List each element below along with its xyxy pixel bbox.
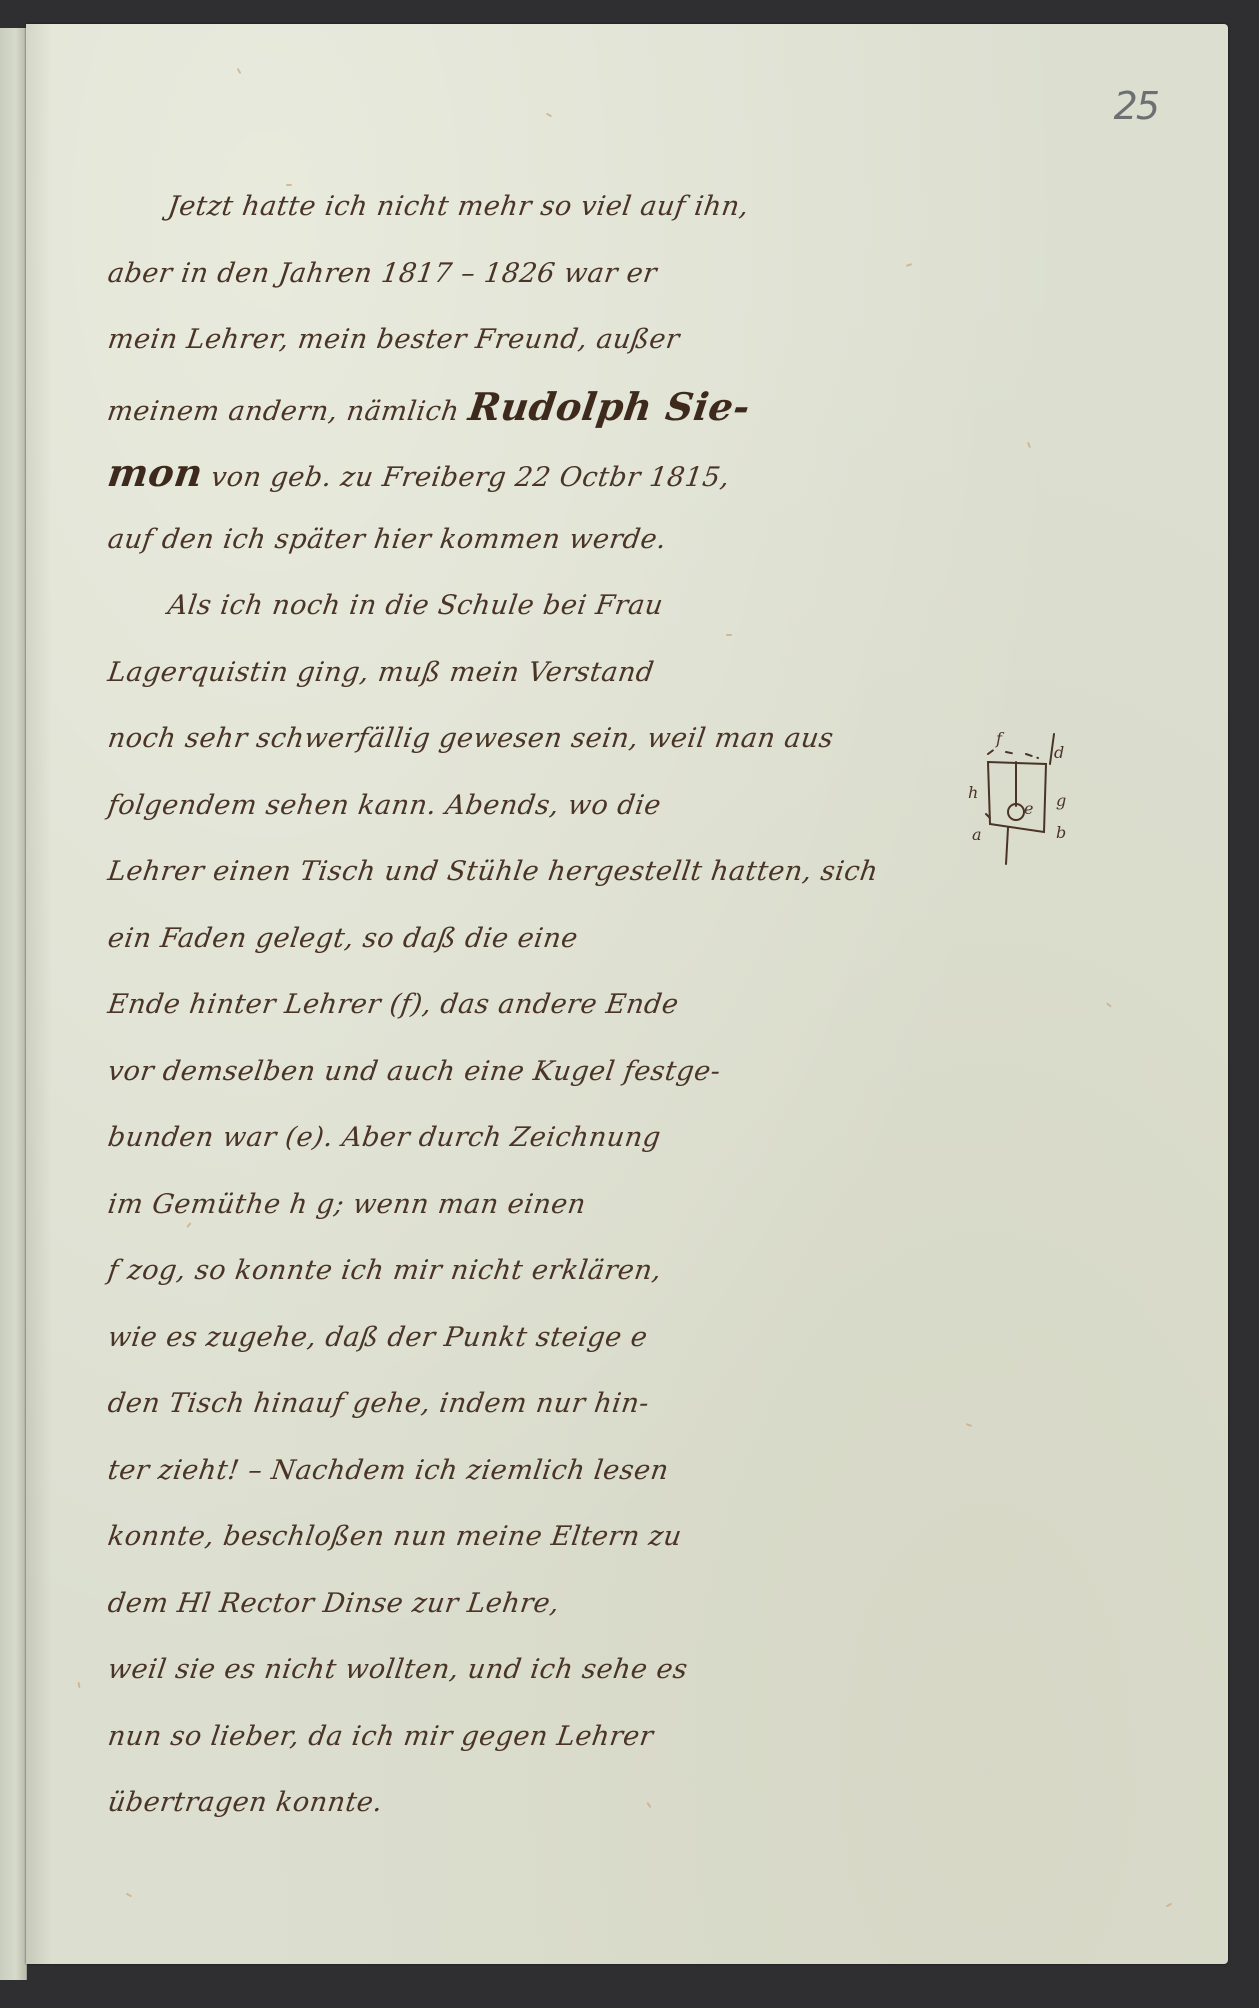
text-line: den Tisch hinauf gehe, indem nur hin- bbox=[103, 1371, 912, 1438]
text-line: im Gemüthe h g; wenn man einen bbox=[103, 1172, 912, 1239]
text-line: ter zieht! – Nachdem ich ziemlich lesen bbox=[103, 1438, 912, 1505]
text-line: mon von geb. zu Freiberg 22 Octbr 1815, bbox=[103, 440, 912, 507]
text-line: nun so lieber, da ich mir gegen Lehrer bbox=[103, 1704, 912, 1771]
svg-text:b: b bbox=[1056, 823, 1066, 842]
text-line: noch sehr schwerfällig gewesen sein, wei… bbox=[103, 706, 912, 773]
paper-speck bbox=[126, 1893, 132, 1898]
previous-page-edge bbox=[0, 28, 27, 1980]
text-line: dem Hl Rector Dinse zur Lehre, bbox=[103, 1571, 912, 1638]
svg-text:e: e bbox=[1024, 799, 1033, 818]
text-line-part: meinem andern, nämlich bbox=[105, 396, 461, 427]
text-line: aber in den Jahren 1817 – 1826 war er bbox=[103, 241, 912, 308]
paper-speck bbox=[1166, 1903, 1172, 1908]
paper-speck bbox=[77, 1682, 80, 1688]
pendulum-sketch-icon: h a d g b e f bbox=[946, 714, 1096, 884]
text-line: f zog, so konnte ich mir nicht erklären, bbox=[103, 1238, 912, 1305]
svg-text:h: h bbox=[968, 783, 978, 802]
text-line: weil sie es nicht wollten, und ich sehe … bbox=[103, 1637, 912, 1704]
text-line: Lehrer einen Tisch und Stühle hergestell… bbox=[103, 839, 912, 906]
text-line: Ende hinter Lehrer (f), das andere Ende bbox=[103, 972, 912, 1039]
text-line: wie es zugehe, daß der Punkt steige e bbox=[103, 1305, 912, 1372]
manuscript-page: 25 Jetzt hatte ich nicht mehr so viel au… bbox=[26, 24, 1228, 1964]
text-line: ein Faden gelegt, so daß die eine bbox=[103, 906, 912, 973]
svg-text:d: d bbox=[1054, 743, 1064, 762]
text-line: Jetzt hatte ich nicht mehr so viel auf i… bbox=[103, 174, 912, 241]
highlighted-name: Rudolph Sie- bbox=[466, 384, 753, 429]
svg-text:a: a bbox=[972, 825, 982, 844]
svg-text:f: f bbox=[995, 729, 1005, 748]
paper-speck bbox=[966, 1423, 972, 1427]
text-line: konnte, beschloßen nun meine Eltern zu bbox=[103, 1504, 912, 1571]
text-line: bunden war (e). Aber durch Zeichnung bbox=[103, 1105, 912, 1172]
paper-speck bbox=[1106, 1002, 1112, 1007]
text-line: Als ich noch in die Schule bei Frau bbox=[103, 573, 912, 640]
text-line: mein Lehrer, mein bester Freund, außer bbox=[103, 307, 912, 374]
paper-speck bbox=[1027, 442, 1031, 448]
text-line: übertragen konnte. bbox=[103, 1770, 912, 1837]
highlighted-name-continuation: mon bbox=[105, 450, 206, 495]
text-line: meinem andern, nämlich Rudolph Sie- bbox=[103, 374, 912, 441]
text-line: vor demselben und auch eine Kugel festge… bbox=[103, 1039, 912, 1106]
page-number: 25 bbox=[1114, 84, 1158, 128]
text-line: Lagerquistin ging, muß mein Verstand bbox=[103, 640, 912, 707]
text-line-part: von geb. zu Freiberg 22 Octbr 1815, bbox=[209, 462, 732, 493]
paper-speck bbox=[546, 113, 552, 118]
handwritten-text: Jetzt hatte ich nicht mehr so viel auf i… bbox=[108, 174, 908, 1837]
paper-speck bbox=[237, 68, 242, 74]
svg-text:g: g bbox=[1056, 791, 1066, 810]
text-line: auf den ich später hier kommen werde. bbox=[103, 507, 912, 574]
text-line: folgendem sehen kann. Abends, wo die bbox=[103, 773, 912, 840]
